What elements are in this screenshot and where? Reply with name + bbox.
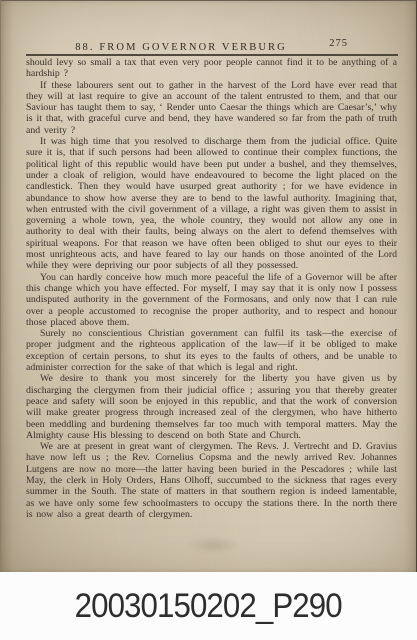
paragraph: We are at present in great want of clerg… [26, 441, 397, 520]
paragraph-continuation: should levy so small a tax that even ver… [26, 57, 397, 80]
page-number: 275 [329, 38, 348, 49]
paragraph: We desire to thank you most sincerely fo… [26, 373, 397, 441]
paragraph: Surely no conscientious Christian govern… [26, 328, 397, 373]
paragraph: It was high time that you resolved to di… [26, 136, 397, 272]
paper-stain [186, 536, 241, 554]
letter-body: should levy so small a tax that even ver… [26, 57, 397, 520]
paragraph: If these labourers sent out to gather in… [26, 80, 397, 136]
running-head: 88. FROM GOVERNOR VERBURG 275 [26, 37, 398, 52]
page-header-title: 88. FROM GOVERNOR VERBURG [75, 42, 287, 53]
scanned-book-page: 88. FROM GOVERNOR VERBURG 275 should lev… [0, 0, 417, 640]
paragraph: You can hardly conceive how much more pe… [26, 272, 397, 328]
scan-id-label: 20030150202_P290 [75, 587, 342, 626]
scan-label-strip: 20030150202_P290 [0, 572, 417, 640]
page-scan: 88. FROM GOVERNOR VERBURG 275 should lev… [0, 0, 417, 572]
header-rule [26, 54, 398, 56]
